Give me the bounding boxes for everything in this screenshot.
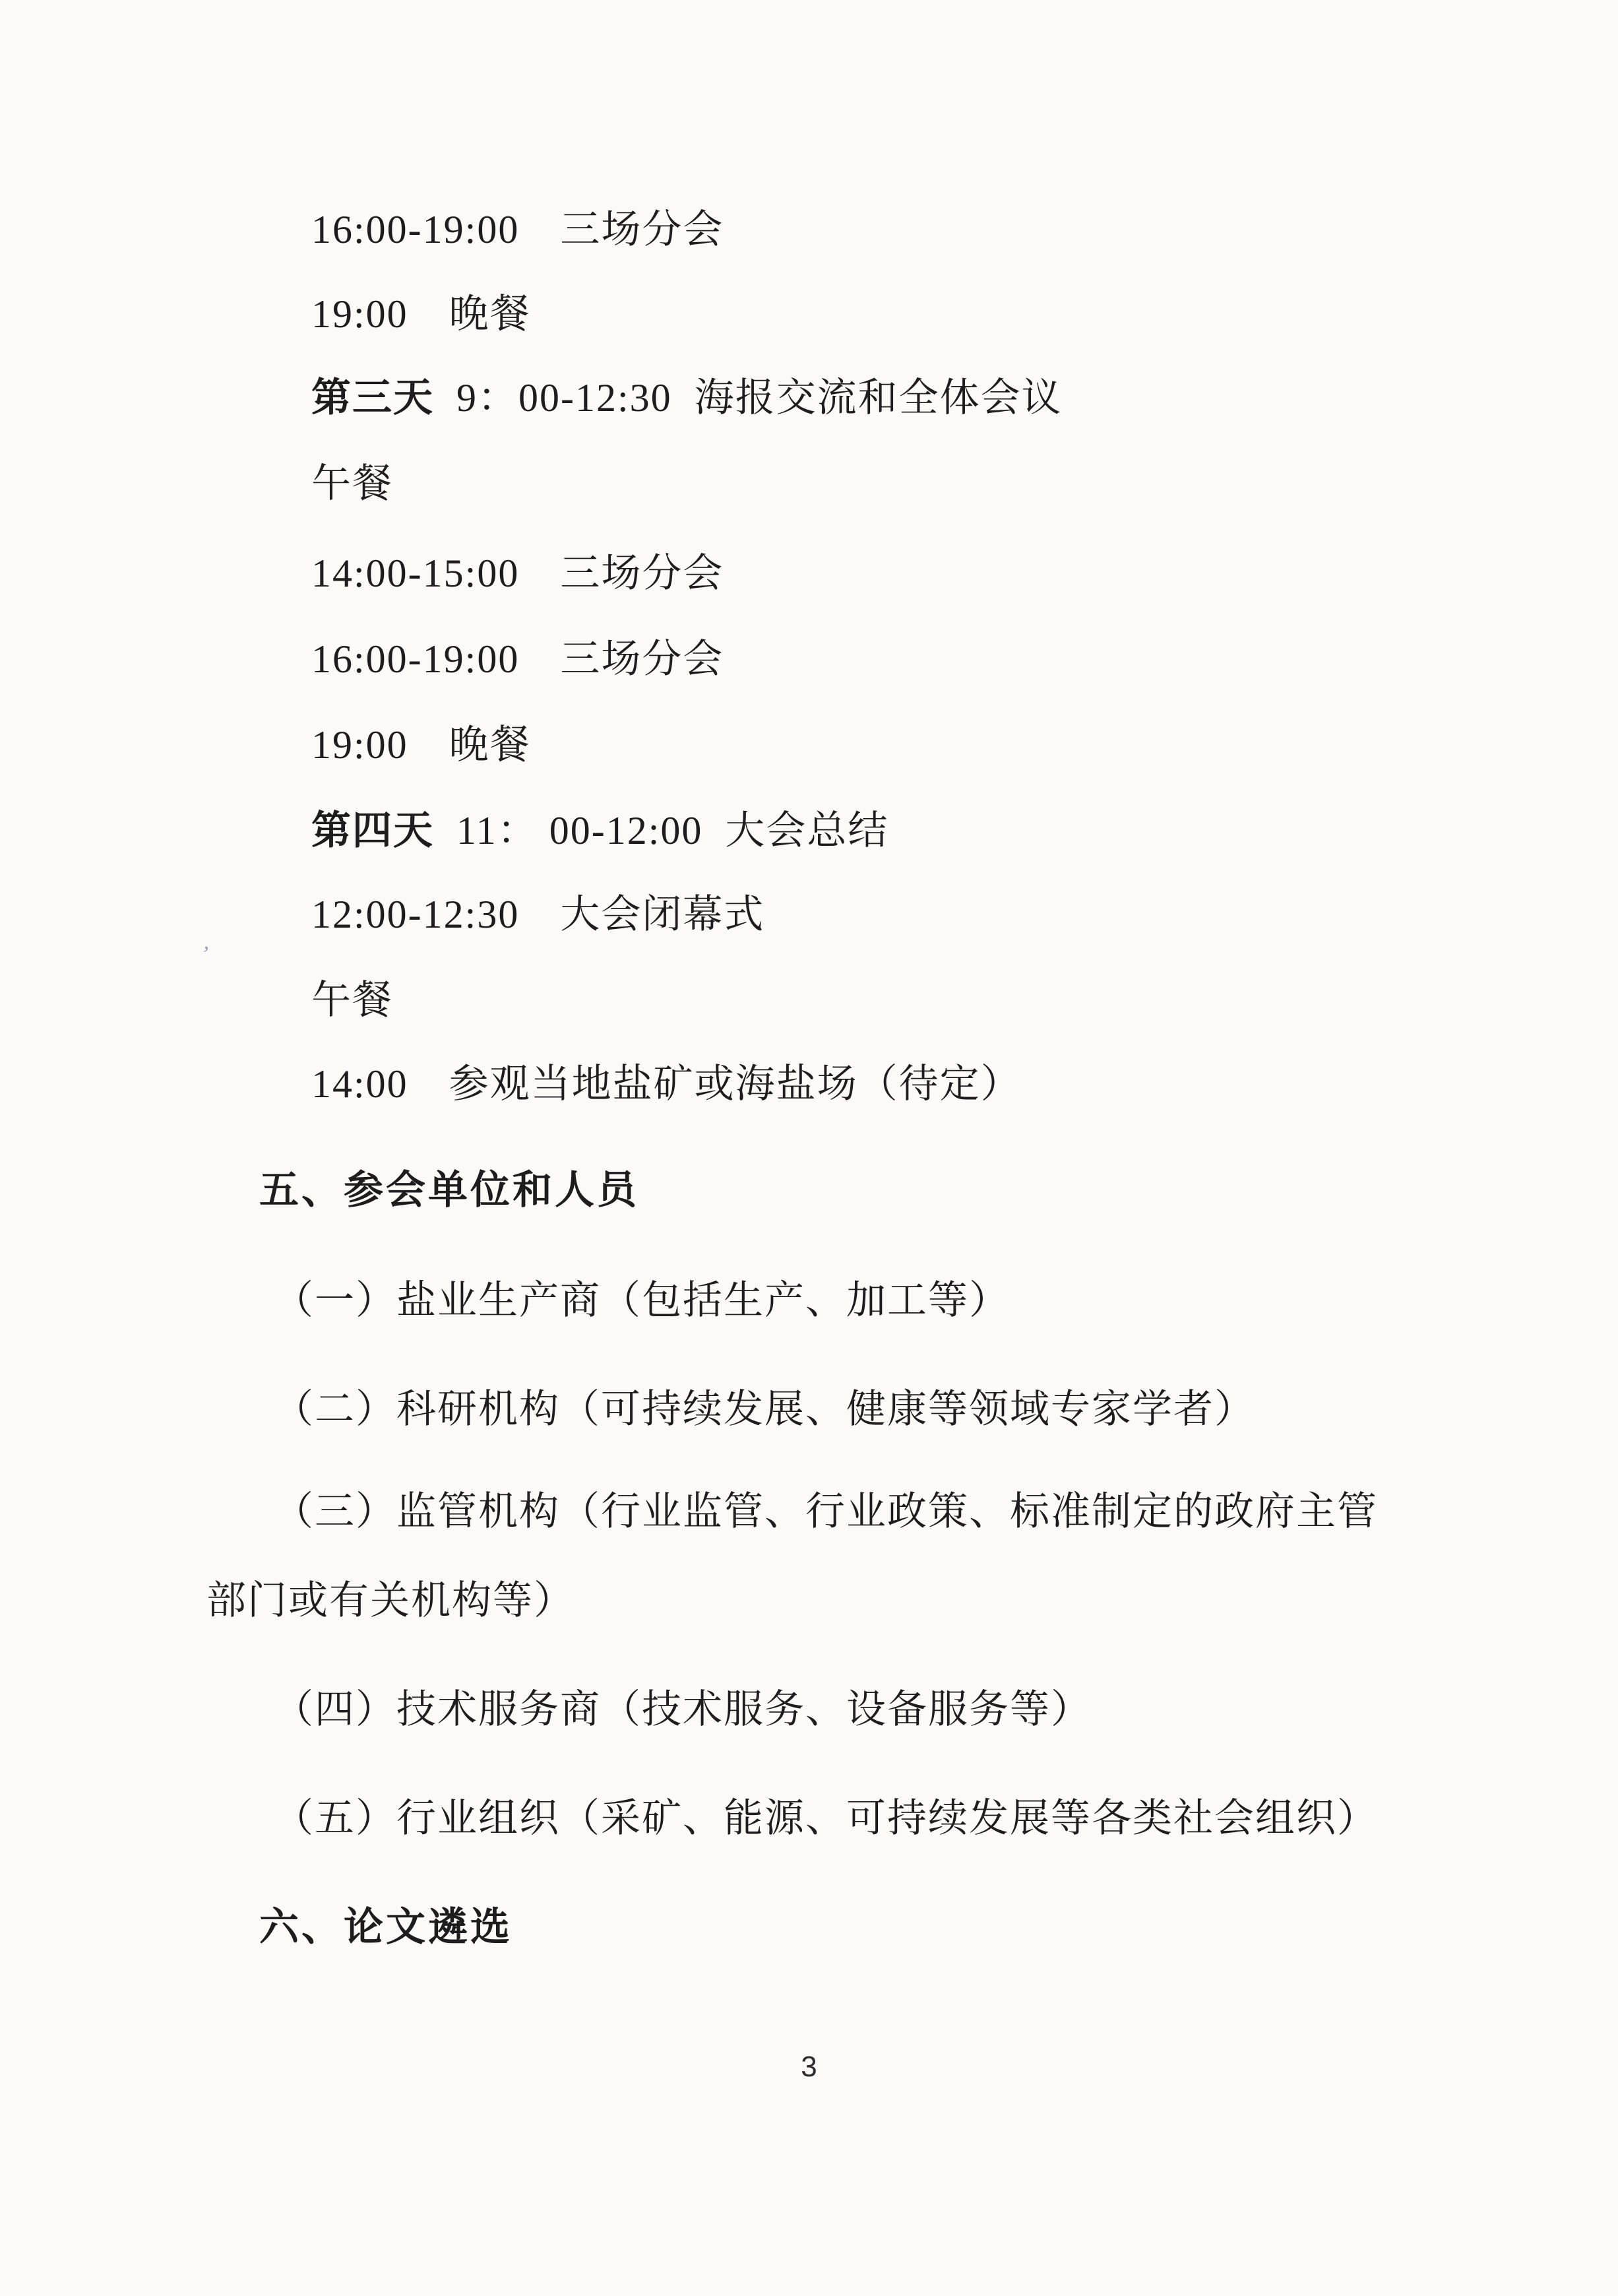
schedule-entry: 午餐	[311, 460, 393, 507]
section-heading-five: 五、参会单位和人员	[259, 1166, 639, 1214]
participant-item-5: （五）行业组织（采矿、能源、可持续发展等各类社会组织）	[274, 1795, 1378, 1842]
section-heading-six: 六、论文遴选	[259, 1903, 513, 1951]
day-label: 第三天	[311, 376, 434, 420]
participant-item-4: （四）技术服务商（技术服务、设备服务等）	[274, 1686, 1092, 1733]
schedule-text: 14:00-15:00 三场分会	[311, 552, 724, 595]
participant-item-1: （一）盐业生产商（包括生产、加工等）	[274, 1277, 1010, 1324]
schedule-entry: 19:00 晚餐	[311, 290, 531, 338]
schedule-entry: 19:00 晚餐	[311, 721, 531, 769]
schedule-entry: 第四天 11： 00-12:00 大会总结	[311, 807, 888, 854]
schedule-text: 14:00 参观当地盐矿或海盐场（待定）	[311, 1062, 1022, 1106]
schedule-text: 16:00-19:00 三场分会	[311, 208, 724, 251]
schedule-text: 19:00 晚餐	[311, 723, 531, 767]
schedule-text: 12:00-12:30 大会闭幕式	[311, 893, 764, 936]
schedule-entry: 16:00-19:00 三场分会	[311, 206, 724, 253]
schedule-entry: 第三天 9：00-12:30 海报交流和全体会议	[311, 374, 1063, 422]
schedule-text: 16:00-19:00 三场分会	[311, 637, 724, 681]
participant-item-3: （三）监管机构（行业监管、行业政策、标准制定的政府主管	[274, 1488, 1378, 1535]
page-number: 3	[0, 2051, 1618, 2084]
schedule-text: 午餐	[311, 462, 393, 505]
schedule-entry: 16:00-19:00 三场分会	[311, 635, 724, 683]
participant-item-2: （二）科研机构（可持续发展、健康等领域专家学者）	[274, 1386, 1255, 1433]
schedule-text: 午餐	[311, 978, 393, 1022]
schedule-entry: 14:00 参观当地盐矿或海盐场（待定）	[311, 1060, 1022, 1108]
scan-artifact: ’	[199, 941, 211, 968]
schedule-entry: 午餐	[311, 976, 393, 1024]
participant-item-3-continued: 部门或有关机构等）	[206, 1577, 575, 1624]
document-page: 16:00-19:00 三场分会 19:00 晚餐 第三天 9：00-12:30…	[0, 0, 1618, 2296]
schedule-text: 9：00-12:30 海报交流和全体会议	[434, 376, 1063, 420]
schedule-text: 19:00 晚餐	[311, 292, 531, 336]
schedule-text: 11： 00-12:00 大会总结	[434, 809, 888, 852]
schedule-entry: 12:00-12:30 大会闭幕式	[311, 891, 764, 938]
day-label: 第四天	[311, 809, 434, 852]
schedule-entry: 14:00-15:00 三场分会	[311, 550, 724, 597]
